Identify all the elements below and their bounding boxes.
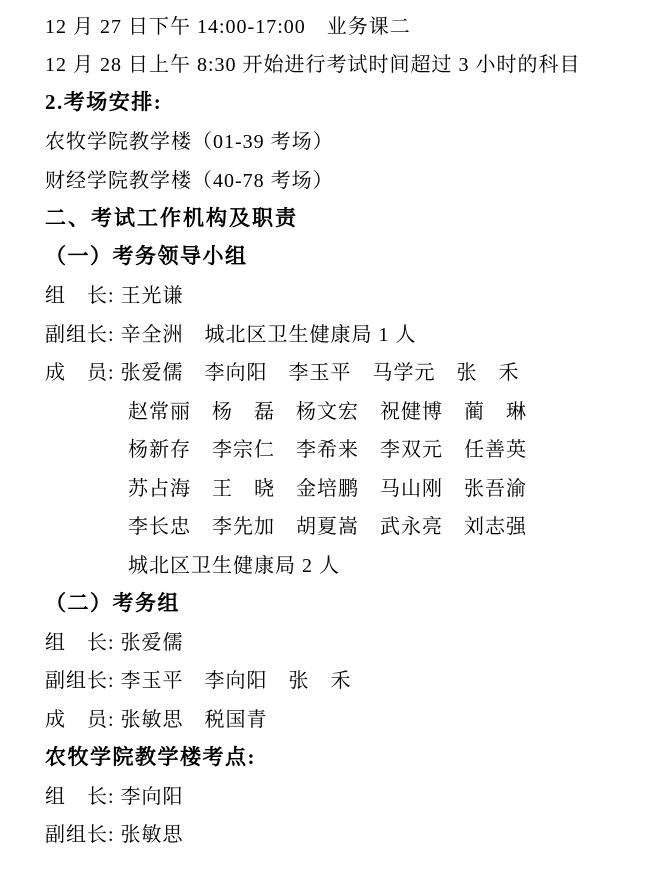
line-members-row-3: 杨新存 李宗仁 李希来 李双元 任善英	[45, 429, 634, 468]
heading-nongmu-test-site: 农牧学院教学楼考点:	[45, 737, 634, 776]
line-kaowu-members: 成 员: 张敏思 税国青	[45, 698, 634, 737]
document-page: 12 月 27 日下午 14:00-17:00 业务课二 12 月 28 日上午…	[0, 0, 652, 872]
heading-kaowu-group: （二）考务组	[45, 583, 634, 622]
line-exam-time-dec27: 12 月 27 日下午 14:00-17:00 业务课二	[45, 5, 634, 44]
heading-leading-group: （一）考务领导小组	[45, 236, 634, 275]
line-leader: 组 长: 王光谦	[45, 275, 634, 314]
line-exam-time-dec28: 12 月 28 日上午 8:30 开始进行考试时间超过 3 小时的科目	[45, 44, 634, 83]
line-venue-caijing: 财经学院教学楼（40-78 考场）	[45, 159, 634, 198]
line-members-row-4: 苏占海 王 晓 金培鹏 马山刚 张吾渝	[45, 467, 634, 506]
line-members-row-6: 城北区卫生健康局 2 人	[45, 544, 634, 583]
line-kaowu-leader: 组 长: 张爱儒	[45, 621, 634, 660]
line-venue-nongmu: 农牧学院教学楼（01-39 考场）	[45, 121, 634, 160]
line-members-row-2: 赵常丽 杨 磊 杨文宏 祝健博 蔺 琳	[45, 390, 634, 429]
line-members-row-1: 成 员: 张爱儒 李向阳 李玉平 马学元 张 禾	[45, 352, 634, 391]
line-deputy-leader: 副组长: 辛全洲 城北区卫生健康局 1 人	[45, 313, 634, 352]
line-site-deputy-leader: 副组长: 张敏思	[45, 814, 634, 853]
line-site-leader: 组 长: 李向阳	[45, 775, 634, 814]
heading-section-2: 二、考试工作机构及职责	[45, 198, 634, 237]
line-members-row-5: 李长忠 李先加 胡夏嵩 武永亮 刘志强	[45, 506, 634, 545]
heading-venue-arrangement: 2.考场安排:	[45, 82, 634, 121]
line-kaowu-deputy-leaders: 副组长: 李玉平 李向阳 张 禾	[45, 660, 634, 699]
